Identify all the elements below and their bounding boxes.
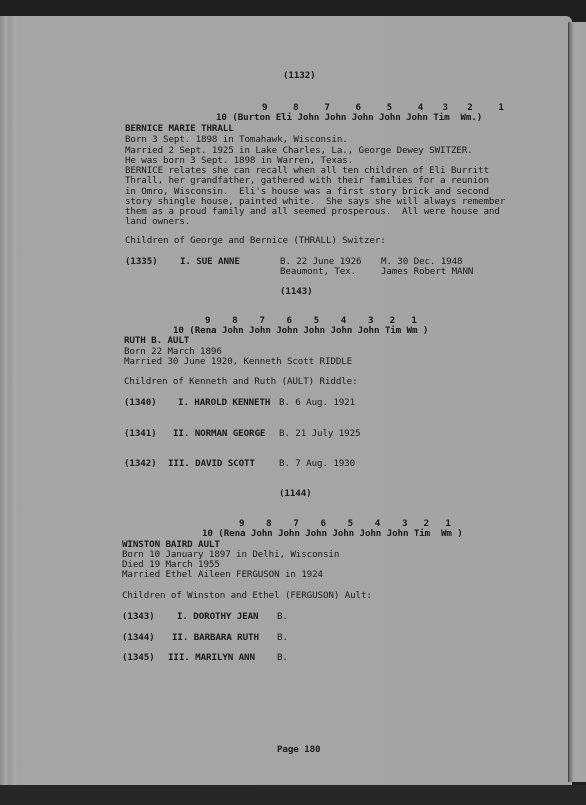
section-id: (1143) (280, 286, 313, 297)
scan-background (0, 785, 586, 805)
child-birth: B. (277, 632, 288, 643)
child-number: (1342) (124, 458, 157, 469)
child-name: II. BARBARA RUTH (172, 632, 259, 643)
bio-line: Thrall, her grandfather, gathered with t… (125, 175, 489, 186)
child-number: (1344) (122, 632, 155, 643)
child-name: I. DOROTHY JEAN (177, 611, 258, 622)
child-birth: B. 21 July 1925 (279, 428, 360, 439)
section-id: (1144) (279, 488, 312, 499)
child-name: III. MARILYN ANN (168, 652, 255, 663)
child-name: I. HAROLD KENNETH (178, 397, 270, 408)
child-spouse: James Robert MANN (381, 266, 473, 277)
child-number: (1340) (124, 397, 157, 408)
child-name: I. SUE ANNE (180, 256, 240, 267)
child-number: (1341) (124, 428, 157, 439)
child-birth: B. 6 Aug. 1921 (279, 397, 355, 408)
section-id: (1132) (283, 70, 316, 81)
bio-line: land owners. (125, 216, 190, 227)
bio-line: Married Ethel Aileen FERGUSON in 1924 (122, 569, 323, 580)
child-birth: B. 7 Aug. 1930 (279, 458, 355, 469)
child-birth: B. (277, 611, 288, 622)
child-birth-place: Beaumont, Tex. (280, 266, 356, 277)
lineage: 10 (Burton Eli John John John John John … (216, 112, 482, 123)
lineage: 10 (Rena John John John John John John T… (173, 325, 428, 336)
bio-line: Married 30 June 1920, Kenneth Scott RIDD… (124, 356, 352, 367)
children-heading: Children of George and Bernice (THRALL) … (125, 235, 386, 246)
lineage: 10 (Rena John John John John John John T… (202, 528, 463, 539)
page-number: Page 180 (277, 744, 320, 755)
person-name: RUTH B. AULT (124, 335, 189, 346)
child-name: II. NORMAN GEORGE (173, 428, 265, 439)
person-name: BERNICE MARIE THRALL (125, 123, 234, 134)
child-number: (1335) (125, 256, 158, 267)
child-name: III. DAVID SCOTT (168, 458, 255, 469)
children-heading: Children of Winston and Ethel (FERGUSON)… (122, 590, 372, 601)
children-heading: Children of Kenneth and Ruth (AULT) Ridd… (124, 376, 358, 387)
child-birth: B. (277, 652, 288, 663)
child-number: (1343) (122, 611, 155, 622)
bio-line: Born 3 Sept. 1898 in Tomahawk, Wisconsin… (125, 134, 348, 145)
facing-page-edge (568, 22, 586, 782)
child-number: (1345) (122, 652, 155, 663)
